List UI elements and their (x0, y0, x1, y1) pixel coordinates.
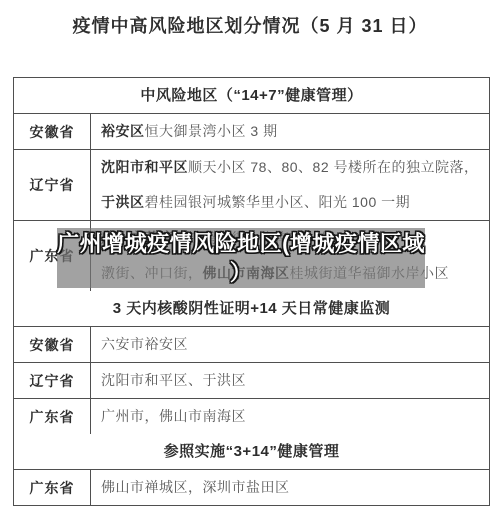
region-text-bold: 于洪区 (101, 194, 145, 210)
table-row: 安徽省六安市裕安区 (14, 327, 489, 363)
region-text-bold: 裕安区 (101, 123, 145, 139)
regions-cell: 裕安区恒大御景湾小区 3 期 (91, 114, 489, 149)
region-line: 佛山市禅城区，深圳市盐田区 (101, 470, 481, 505)
regions-cell: 广州市，佛山市南海区 (91, 399, 489, 434)
table-section: 参照实施“3+14”健康管理广东省佛山市禅城区，深圳市盐田区 (14, 434, 489, 505)
province-cell: 广东省 (14, 470, 91, 505)
page-title: 疫情中高风险地区划分情况（5 月 31 日） (0, 12, 500, 38)
region-text: 碧桂园银河城繁华里小区、阳光 100 一期 (145, 194, 411, 210)
regions-cell: 六安市裕安区 (91, 327, 489, 362)
regions-cell: 沈阳市和平区顺天小区 78、80、82 号楼所在的独立院落，于洪区碧桂园银河城繁… (91, 150, 489, 220)
region-text: 恒大御景湾小区 3 期 (145, 123, 278, 139)
section-header: 中风险地区（“14+7”健康管理） (14, 78, 489, 114)
province-cell: 安徽省 (14, 114, 91, 149)
region-text: 顺天小区 78、80、82 号楼所在的独立院落， (188, 159, 479, 175)
table-row: 广东省佛山市禅城区，深圳市盐田区 (14, 470, 489, 505)
regions-cell: 佛山市禅城区，深圳市盐田区 (91, 470, 489, 505)
watermark-text-line2: ） (230, 258, 253, 287)
watermark-text-line1: 广州增城疫情风险地区(增城疫情区域 (57, 229, 425, 258)
table-row: 广东省广州市，佛山市南海区 (14, 399, 489, 434)
region-line: 沈阳市和平区、于洪区 (101, 363, 481, 398)
province-cell: 安徽省 (14, 327, 91, 362)
province-cell: 辽宁省 (14, 150, 91, 220)
region-line: 于洪区碧桂园银河城繁华里小区、阳光 100 一期 (101, 185, 481, 220)
region-text: 广州市，佛山市南海区 (101, 408, 246, 424)
province-cell: 广东省 (14, 399, 91, 434)
section-header: 参照实施“3+14”健康管理 (14, 434, 489, 470)
risk-table: 中风险地区（“14+7”健康管理）安徽省裕安区恒大御景湾小区 3 期辽宁省沈阳市… (13, 77, 490, 506)
table-row: 安徽省裕安区恒大御景湾小区 3 期 (14, 114, 489, 150)
region-line: 裕安区恒大御景湾小区 3 期 (101, 114, 481, 149)
watermark-overlay: 广州增城疫情风险地区(增城疫情区域 ） (57, 228, 425, 288)
region-text: 六安市裕安区 (101, 336, 188, 352)
region-text: 佛山市禅城区，深圳市盐田区 (101, 479, 290, 495)
section-header: 3 天内核酸阴性证明+14 天日常健康监测 (14, 291, 489, 327)
table-row: 辽宁省沈阳市和平区、于洪区 (14, 363, 489, 399)
region-text: 沈阳市和平区、于洪区 (101, 372, 246, 388)
table-row: 辽宁省沈阳市和平区顺天小区 78、80、82 号楼所在的独立院落，于洪区碧桂园银… (14, 150, 489, 221)
region-line: 沈阳市和平区顺天小区 78、80、82 号楼所在的独立院落， (101, 150, 481, 185)
region-text-bold: 沈阳市和平区 (101, 159, 188, 175)
region-line: 广州市，佛山市南海区 (101, 399, 481, 434)
region-line: 六安市裕安区 (101, 327, 481, 362)
province-cell: 辽宁省 (14, 363, 91, 398)
regions-cell: 沈阳市和平区、于洪区 (91, 363, 489, 398)
table-section: 3 天内核酸阴性证明+14 天日常健康监测安徽省六安市裕安区辽宁省沈阳市和平区、… (14, 291, 489, 434)
